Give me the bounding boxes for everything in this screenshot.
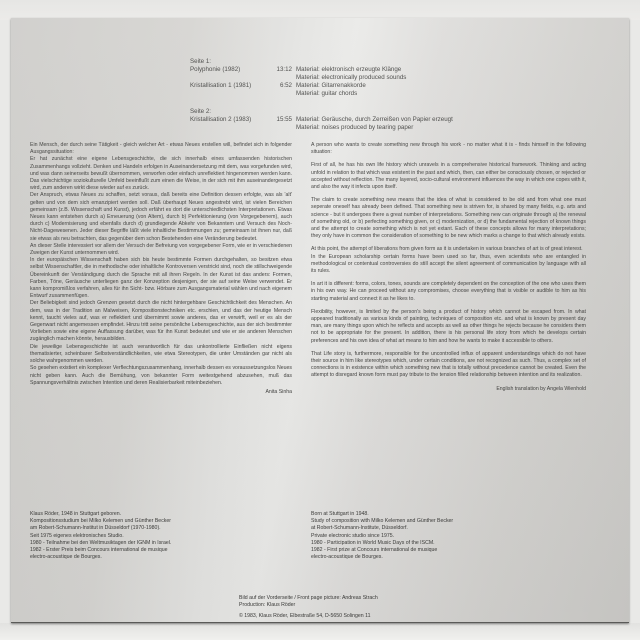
track-row-en: Material: electronically produced sounds bbox=[190, 74, 516, 82]
essay-paragraph: Die jeweilige Lebensgeschichte ist auch … bbox=[30, 344, 292, 366]
credits: Bild auf der Vorderseite / Front page pi… bbox=[239, 595, 378, 620]
picture-credit: Bild auf der Vorderseite / Front page pi… bbox=[239, 595, 378, 602]
track-material-de: Material: elektronisch erzeugte Klänge bbox=[296, 66, 516, 74]
essay-english: A person who wants to create something n… bbox=[311, 142, 586, 393]
bio-line: Born at Stuttgart in 1948. bbox=[311, 511, 511, 518]
track-duration: 13:12 bbox=[272, 66, 296, 74]
side-1-label: Seite 1: bbox=[190, 58, 516, 66]
track-row-en: Material: guitar chords bbox=[190, 90, 516, 98]
essay-paragraph: Der Anspruch, etwas Neues zu schaffen, s… bbox=[30, 192, 292, 242]
track-row: Polyphonie (1982) 13:12 Material: elektr… bbox=[190, 66, 516, 74]
bio-line: electro-acoustique de Bourges. bbox=[30, 554, 230, 561]
bio-line: 1980 - Teilnahme bei den Weltmusiktagen … bbox=[30, 540, 230, 547]
background-wall bbox=[0, 0, 640, 20]
bio-line: electro-acoustique de Bourges. bbox=[311, 554, 511, 561]
essay-paragraph: First of all, he has his own life histor… bbox=[311, 162, 586, 191]
author-signature: Anita Sinha bbox=[30, 389, 292, 396]
bio-line: Kompositionsstudium bei Milko Kelemen un… bbox=[30, 518, 230, 525]
tracklist: Seite 1: Polyphonie (1982) 13:12 Materia… bbox=[190, 58, 516, 132]
track-title: Kristallisation 2 (1983) bbox=[190, 116, 272, 124]
essay-paragraph: Er hat zunächst eine eigene Lebensgeschi… bbox=[30, 156, 292, 192]
bio-line: 1982 - First prize at Concours internati… bbox=[311, 547, 511, 554]
essay-paragraph: Der Beliebigkeit sind jedoch Grenzen ges… bbox=[30, 300, 292, 343]
biography-english: Born at Stuttgart in 1948. Study of comp… bbox=[311, 511, 511, 561]
bio-line: at Robert-Schumann-Institute, Düsseldorf… bbox=[311, 525, 511, 532]
essay-paragraph: Flexibility, however, is limited by the … bbox=[311, 309, 586, 345]
essay-paragraph: A person who wants to create something n… bbox=[311, 142, 586, 156]
track-material-en: Material: noises produced by tearing pap… bbox=[296, 124, 516, 132]
track-row: Kristallisation 1 (1981) 6:52 Material: … bbox=[190, 82, 516, 90]
essay-paragraph: In art it is different: forms, colors, t… bbox=[311, 281, 586, 303]
bio-line: Klaus Röder, 1948 in Stuttgart geboren. bbox=[30, 511, 230, 518]
essay-paragraph: So gesehen existiert ein komplexer Verfl… bbox=[30, 365, 292, 387]
side-2-label: Seite 2: bbox=[190, 108, 516, 116]
track-material-en: Material: guitar chords bbox=[296, 90, 516, 98]
track-duration: 6:52 bbox=[272, 82, 296, 90]
track-row: Kristallisation 2 (1983) 15:55 Material:… bbox=[190, 116, 516, 124]
essay-paragraph: At this point, the attempt of liberation… bbox=[311, 246, 586, 275]
bio-line: Seit 1975 eigenes elektronisches Studio. bbox=[30, 533, 230, 540]
track-material-en: Material: electronically produced sounds bbox=[296, 74, 516, 82]
background-surface bbox=[0, 623, 640, 640]
essay-german: Ein Mensch, der durch seine Tätigkeit - … bbox=[30, 142, 292, 396]
essay-paragraph: Ein Mensch, der durch seine Tätigkeit - … bbox=[30, 142, 292, 156]
essay-paragraph: That Life story is, furthermore, respons… bbox=[311, 351, 586, 380]
bio-line: 1982 - Erster Preis beim Concours intern… bbox=[30, 547, 230, 554]
track-material-de: Material: Geräusche, durch Zerreißen von… bbox=[296, 116, 516, 124]
track-title: Polyphonie (1982) bbox=[190, 66, 272, 74]
bio-line: Study of composition with Milko Kelemen … bbox=[311, 518, 511, 525]
album-back-cover: Seite 1: Polyphonie (1982) 13:12 Materia… bbox=[11, 18, 629, 623]
bio-line: am Robert-Schumann-Institut in Düsseldor… bbox=[30, 525, 230, 532]
essay-paragraph: In der europäischen Wissenschaft haben s… bbox=[30, 257, 292, 300]
essay-paragraph: The claim to create something new means … bbox=[311, 197, 586, 240]
production-credit: Production: Klaus Röder bbox=[239, 602, 378, 609]
track-material-de: Material: Gitarrenakkorde bbox=[296, 82, 516, 90]
biography-german: Klaus Röder, 1948 in Stuttgart geboren. … bbox=[30, 511, 230, 561]
bio-line: Private electronic studio since 1975. bbox=[311, 533, 511, 540]
track-title: Kristallisation 1 (1981) bbox=[190, 82, 272, 90]
translator-credit: English translation by Angela Wienhold bbox=[311, 386, 586, 393]
copyright-notice: © 1983, Klaus Röder, Elbestraße 54, D-56… bbox=[239, 613, 378, 620]
bio-line: 1980 - Participation in World Music Days… bbox=[311, 540, 511, 547]
track-duration: 15:55 bbox=[272, 116, 296, 124]
essay-paragraph: An dieser Stelle interessiert vor allem … bbox=[30, 243, 292, 257]
track-row-en: Material: noises produced by tearing pap… bbox=[190, 124, 516, 132]
